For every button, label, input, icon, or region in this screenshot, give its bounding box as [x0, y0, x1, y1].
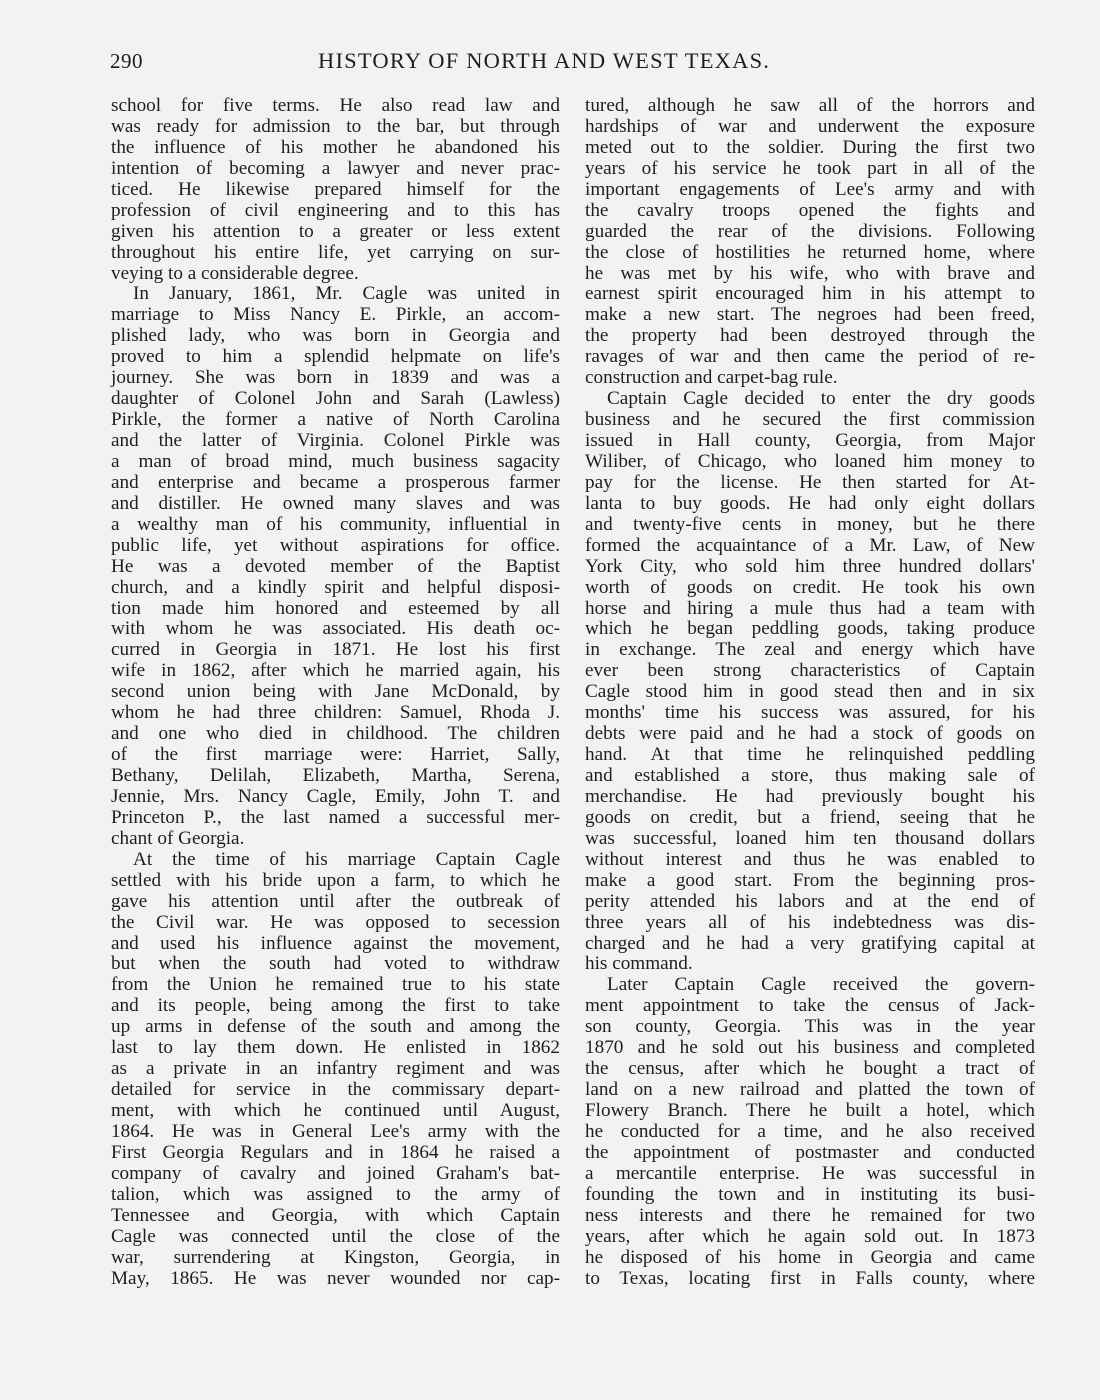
text-line: daughter of Colonel John and Sarah (Lawl…	[111, 389, 560, 410]
text-line: journey. She was born in 1839 and was a	[111, 368, 560, 389]
text-line: given his attention to a greater or less…	[111, 222, 560, 243]
book-page: 290 HISTORY OF NORTH AND WEST TEXAS. sch…	[0, 0, 1100, 1400]
text-column-right: tured, although he saw all of the horror…	[585, 96, 1035, 1289]
text-line: and enterprise and became a prosperous f…	[111, 473, 560, 494]
text-line: public life, yet without aspirations for…	[111, 536, 560, 557]
text-line: perity attended his labors and at the en…	[585, 892, 1035, 913]
text-line: 1864. He was in General Lee's army with …	[111, 1122, 560, 1143]
text-line: meted out to the soldier. During the fir…	[585, 138, 1035, 159]
text-line: Pirkle, the former a native of North Car…	[111, 410, 560, 431]
text-line: and established a store, thus making sal…	[585, 766, 1035, 787]
text-line: ticed. He likewise prepared himself for …	[111, 180, 560, 201]
text-line: lanta to buy goods. He had only eight do…	[585, 494, 1035, 515]
text-line: ravages of war and then came the period …	[585, 347, 1035, 368]
text-line: Later Captain Cagle received the govern-	[585, 975, 1035, 996]
text-line: make a new start. The negroes had been f…	[585, 305, 1035, 326]
text-line: gave his attention until after the outbr…	[111, 892, 560, 913]
text-line: He was a devoted member of the Baptist	[111, 557, 560, 578]
text-line: make a good start. From the beginning pr…	[585, 871, 1035, 892]
text-line: of the first marriage were: Harriet, Sal…	[111, 745, 560, 766]
text-line: years of his service he took part in all…	[585, 159, 1035, 180]
text-line: last to lay them down. He enlisted in 18…	[111, 1038, 560, 1059]
text-line: guarded the rear of the divisions. Follo…	[585, 222, 1035, 243]
text-line: Cagle was connected until the close of t…	[111, 1227, 560, 1248]
text-line: a mercantile enterprise. He was successf…	[585, 1164, 1035, 1185]
text-line: worth of goods on credit. He took his ow…	[585, 578, 1035, 599]
text-line: chant of Georgia.	[111, 829, 560, 850]
text-line: Tennessee and Georgia, with which Captai…	[111, 1206, 560, 1227]
text-line: was successful, loaned him ten thousand …	[585, 829, 1035, 850]
text-line: church, and a kindly spirit and helpful …	[111, 578, 560, 599]
text-line: construction and carpet-bag rule.	[585, 368, 1035, 389]
text-line: land on a new railroad and platted the t…	[585, 1080, 1035, 1101]
text-line: the appointment of postmaster and conduc…	[585, 1143, 1035, 1164]
text-line: in exchange. The zeal and energy which h…	[585, 640, 1035, 661]
text-line: debts were paid and he had a stock of go…	[585, 724, 1035, 745]
text-line: tion made him honored and esteemed by al…	[111, 599, 560, 620]
text-line: which he began peddling goods, taking pr…	[585, 619, 1035, 640]
text-line: without interest and thus he was enabled…	[585, 850, 1035, 871]
page-number: 290	[110, 49, 143, 74]
text-line: son county, Georgia. This was in the yea…	[585, 1017, 1035, 1038]
text-line: Cagle stood him in good stead then and i…	[585, 682, 1035, 703]
text-line: he disposed of his home in Georgia and c…	[585, 1248, 1035, 1269]
text-line: veying to a considerable degree.	[111, 264, 560, 285]
text-line: and one who died in childhood. The child…	[111, 724, 560, 745]
text-line: founding the town and in instituting its…	[585, 1185, 1035, 1206]
text-line: merchandise. He had previously bought hi…	[585, 787, 1035, 808]
text-line: plished lady, who was born in Georgia an…	[111, 326, 560, 347]
text-line: as a private in an infantry regiment and…	[111, 1059, 560, 1080]
text-line: and its people, being among the first to…	[111, 996, 560, 1017]
text-line: the influence of his mother he abandoned…	[111, 138, 560, 159]
text-line: ness interests and there he remained for…	[585, 1206, 1035, 1227]
text-line: intention of becoming a lawyer and never…	[111, 159, 560, 180]
text-line: issued in Hall county, Georgia, from Maj…	[585, 431, 1035, 452]
text-line: business and he secured the first commis…	[585, 410, 1035, 431]
text-line: months' time his success was assured, fo…	[585, 703, 1035, 724]
text-line: with whom he was associated. His death o…	[111, 619, 560, 640]
text-line: throughout his entire life, yet carrying…	[111, 243, 560, 264]
text-line: Wiliber, of Chicago, who loaned him mone…	[585, 452, 1035, 473]
text-line: to Texas, locating first in Falls county…	[585, 1269, 1035, 1290]
text-line: May, 1865. He was never wounded nor cap-	[111, 1269, 560, 1290]
text-line: Captain Cagle decided to enter the dry g…	[585, 389, 1035, 410]
text-line: Princeton P., the last named a successfu…	[111, 808, 560, 829]
text-line: hardships of war and underwent the expos…	[585, 117, 1035, 138]
text-line: the Civil war. He was opposed to secessi…	[111, 913, 560, 934]
text-line: horse and hiring a mule thus had a team …	[585, 599, 1035, 620]
text-line: profession of civil engineering and to t…	[111, 201, 560, 222]
text-line: York City, who sold him three hundred do…	[585, 557, 1035, 578]
text-line: First Georgia Regulars and in 1864 he ra…	[111, 1143, 560, 1164]
text-line: ment appointment to take the census of J…	[585, 996, 1035, 1017]
text-line: the close of hostilities he returned hom…	[585, 243, 1035, 264]
text-line: Bethany, Delilah, Elizabeth, Martha, Ser…	[111, 766, 560, 787]
text-line: important engagements of Lee's army and …	[585, 180, 1035, 201]
text-line: his command.	[585, 954, 1035, 975]
running-title: HISTORY OF NORTH AND WEST TEXAS.	[318, 48, 770, 74]
text-line: hand. At that time he relinquished peddl…	[585, 745, 1035, 766]
text-line: ment, with which he continued until Augu…	[111, 1101, 560, 1122]
text-line: Flowery Branch. There he built a hotel, …	[585, 1101, 1035, 1122]
text-line: In January, 1861, Mr. Cagle was united i…	[111, 284, 560, 305]
text-line: Jennie, Mrs. Nancy Cagle, Emily, John T.…	[111, 787, 560, 808]
text-line: second union being with Jane McDonald, b…	[111, 682, 560, 703]
text-line: curred in Georgia in 1871. He lost his f…	[111, 640, 560, 661]
text-line: school for five terms. He also read law …	[111, 96, 560, 117]
text-line: three years all of his indebtedness was …	[585, 913, 1035, 934]
text-line: a wealthy man of his community, influent…	[111, 515, 560, 536]
text-line: up arms in defense of the south and amon…	[111, 1017, 560, 1038]
text-line: whom he had three children: Samuel, Rhod…	[111, 703, 560, 724]
text-line: detailed for service in the commissary d…	[111, 1080, 560, 1101]
text-line: he was met by his wife, who with brave a…	[585, 264, 1035, 285]
text-line: was ready for admission to the bar, but …	[111, 117, 560, 138]
text-line: marriage to Miss Nancy E. Pirkle, an acc…	[111, 305, 560, 326]
text-line: war, surrendering at Kingston, Georgia, …	[111, 1248, 560, 1269]
text-line: talion, which was assigned to the army o…	[111, 1185, 560, 1206]
text-line: years, after which he again sold out. In…	[585, 1227, 1035, 1248]
text-line: tured, although he saw all of the horror…	[585, 96, 1035, 117]
text-line: charged and he had a very gratifying cap…	[585, 934, 1035, 955]
text-line: from the Union he remained true to his s…	[111, 975, 560, 996]
text-line: wife in 1862, after which he married aga…	[111, 661, 560, 682]
text-line: settled with his bride upon a farm, to w…	[111, 871, 560, 892]
text-line: and twenty-five cents in money, but he t…	[585, 515, 1035, 536]
text-line: a man of broad mind, much business sagac…	[111, 452, 560, 473]
text-line: but when the south had voted to withdraw	[111, 954, 560, 975]
text-line: he conducted for a time, and he also rec…	[585, 1122, 1035, 1143]
text-line: and used his influence against the movem…	[111, 934, 560, 955]
text-line: 1870 and he sold out his business and co…	[585, 1038, 1035, 1059]
text-line: ever been strong characteristics of Capt…	[585, 661, 1035, 682]
text-line: earnest spirit encouraged him in his att…	[585, 284, 1035, 305]
text-line: company of cavalry and joined Graham's b…	[111, 1164, 560, 1185]
text-line: and distiller. He owned many slaves and …	[111, 494, 560, 515]
text-line: goods on credit, but a friend, seeing th…	[585, 808, 1035, 829]
text-line: the property had been destroyed through …	[585, 326, 1035, 347]
text-line: At the time of his marriage Captain Cagl…	[111, 850, 560, 871]
text-column-left: school for five terms. He also read law …	[111, 96, 560, 1289]
text-line: formed the acquaintance of a Mr. Law, of…	[585, 536, 1035, 557]
text-line: proved to him a splendid helpmate on lif…	[111, 347, 560, 368]
text-line: the census, after which he bought a trac…	[585, 1059, 1035, 1080]
text-line: and the latter of Virginia. Colonel Pirk…	[111, 431, 560, 452]
text-line: pay for the license. He then started for…	[585, 473, 1035, 494]
text-line: the cavalry troops opened the fights and	[585, 201, 1035, 222]
